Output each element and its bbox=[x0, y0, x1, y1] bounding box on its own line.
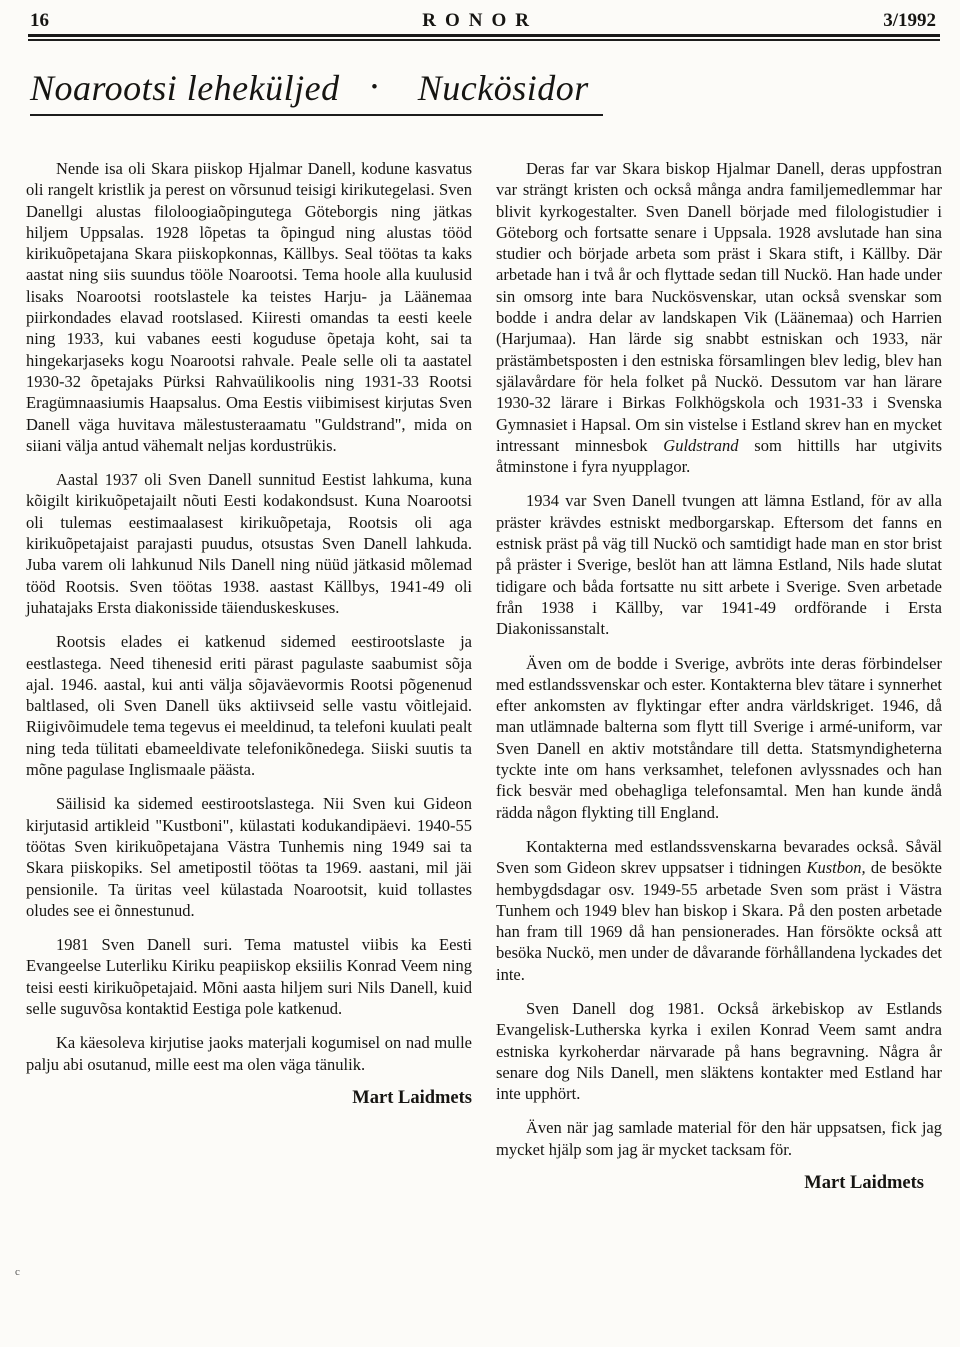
estonian-column: Nende isa oli Skara piiskop Hjalmar Dane… bbox=[26, 158, 472, 1207]
issue-number: 3/1992 bbox=[883, 10, 936, 32]
journal-title: RONOR bbox=[422, 10, 538, 32]
paragraph: Sven Danell dog 1981. Också ärkebiskop a… bbox=[496, 998, 942, 1104]
author-signature: Mart Laidmets bbox=[496, 1173, 924, 1194]
paragraph: Aastal 1937 oli Sven Danell sunnitud Ees… bbox=[26, 469, 472, 618]
running-head: 16 RONOR 3/1992 bbox=[0, 0, 960, 34]
paragraph: Ka käesoleva kirjutise jaoks materjali k… bbox=[26, 1032, 472, 1075]
article-title-estonian: Noarootsi leheküljed bbox=[30, 68, 340, 108]
paragraph: Säilisid ka sidemed eestirootslastega. N… bbox=[26, 793, 472, 921]
swedish-column: Deras far var Skara biskop Hjalmar Danel… bbox=[496, 158, 942, 1207]
paragraph: Även när jag samlade material för den hä… bbox=[496, 1117, 942, 1160]
paragraph: Rootsis elades ei katkenud sidemed eesti… bbox=[26, 631, 472, 780]
page-number: 16 bbox=[30, 10, 49, 32]
paragraph: Kontakterna med estlandssvenskarna bevar… bbox=[496, 836, 942, 985]
paragraph: Nende isa oli Skara piiskop Hjalmar Dane… bbox=[26, 158, 472, 456]
author-signature: Mart Laidmets bbox=[26, 1088, 472, 1109]
article-body: Nende isa oli Skara piiskop Hjalmar Dane… bbox=[26, 158, 942, 1207]
article-title: Noarootsi leheküljed • Nuckösidor bbox=[30, 67, 603, 116]
article-title-swedish: Nuckösidor bbox=[418, 68, 589, 108]
margin-scan-artifact: c bbox=[15, 1266, 20, 1278]
header-rule-divider bbox=[28, 34, 940, 41]
paragraph: Även om de bodde i Sverige, avbröts inte… bbox=[496, 653, 942, 823]
title-bullet-separator: • bbox=[371, 77, 378, 99]
journal-page: 16 RONOR 3/1992 Noarootsi leheküljed • N… bbox=[0, 0, 960, 1347]
paragraph: Deras far var Skara biskop Hjalmar Danel… bbox=[496, 158, 942, 477]
paragraph: 1981 Sven Danell suri. Tema matustel vii… bbox=[26, 934, 472, 1019]
paragraph: 1934 var Sven Danell tvungen att lämna E… bbox=[496, 490, 942, 639]
